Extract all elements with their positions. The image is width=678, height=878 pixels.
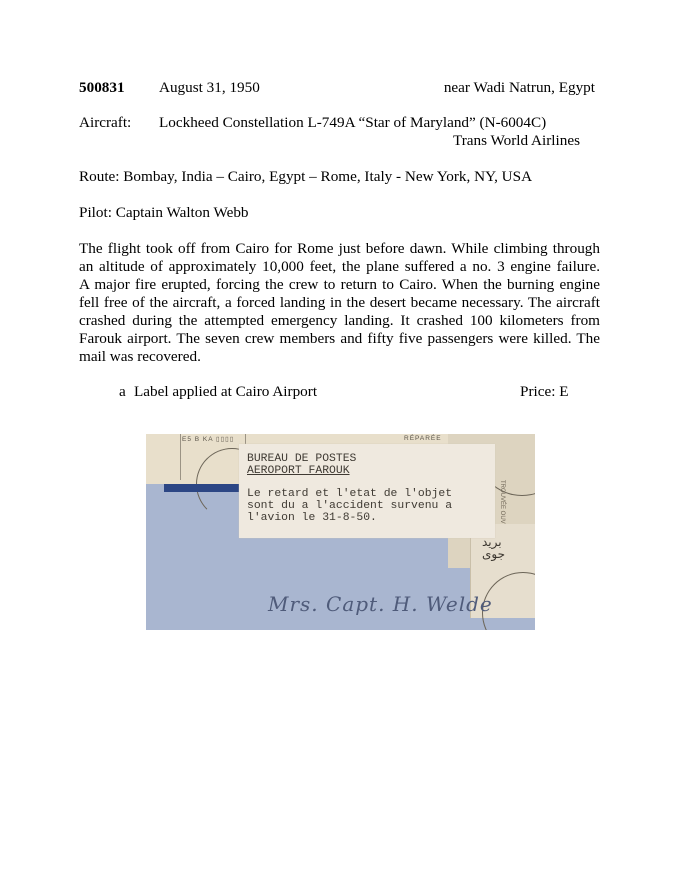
airline-name: Trans World Airlines — [453, 132, 580, 150]
aircraft-label: Aircraft: — [79, 114, 131, 132]
envelope-photo: E5 B KA ▯▯▯▯ RÉPARÉE TROUVÉE OUVERTE ou … — [146, 434, 535, 630]
crash-date: August 31, 1950 — [159, 79, 260, 97]
crash-location: near Wadi Natrun, Egypt — [444, 79, 595, 97]
label-line: sont du a l'accident survenu a — [247, 501, 452, 512]
aircraft-value: Lockheed Constellation L-749A “Star of M… — [159, 114, 546, 132]
description-line: fell free of the aircraft, a forced land… — [79, 294, 600, 312]
item-letter: a — [119, 383, 126, 401]
label-line: BUREAU DE POSTES — [247, 454, 356, 465]
description-line: The flight took off from Cairo for Rome … — [79, 240, 600, 258]
item-description: Label applied at Cairo Airport — [134, 383, 317, 401]
description-line: crashed during the attempted emergency l… — [79, 312, 600, 330]
pilot: Pilot: Captain Walton Webb — [79, 204, 249, 222]
handwritten-address: Mrs. Capt. H. Welde — [268, 592, 493, 616]
top-strip-print: E5 B KA ▯▯▯▯ — [182, 435, 234, 443]
description-paragraph: The flight took off from Cairo for Rome … — [79, 240, 600, 366]
repairee-text: RÉPARÉE — [404, 435, 442, 442]
post-office-label: BUREAU DE POSTES AEROPORT FAROUK Le reta… — [239, 444, 495, 538]
label-line: l'avion le 31-8-50. — [247, 513, 377, 524]
item-price: Price: E — [520, 383, 569, 401]
airmail-bar — [164, 484, 244, 492]
record-id: 500831 — [79, 79, 125, 97]
description-line: A major fire erupted, forcing the crew t… — [79, 276, 600, 294]
arabic-handwriting: ﺑﺮﻳﺪﺟﻮى — [482, 536, 505, 560]
description-line: Farouk airport. The seven crew members a… — [79, 330, 600, 348]
label-line: Le retard et l'etat de l'objet — [247, 489, 452, 500]
label-line: AEROPORT FAROUK — [247, 466, 350, 477]
route: Route: Bombay, India – Cairo, Egypt – Ro… — [79, 168, 532, 186]
description-line: mail was recovered. — [79, 348, 600, 366]
description-line: an altitude of approximately 10,000 feet… — [79, 258, 600, 276]
